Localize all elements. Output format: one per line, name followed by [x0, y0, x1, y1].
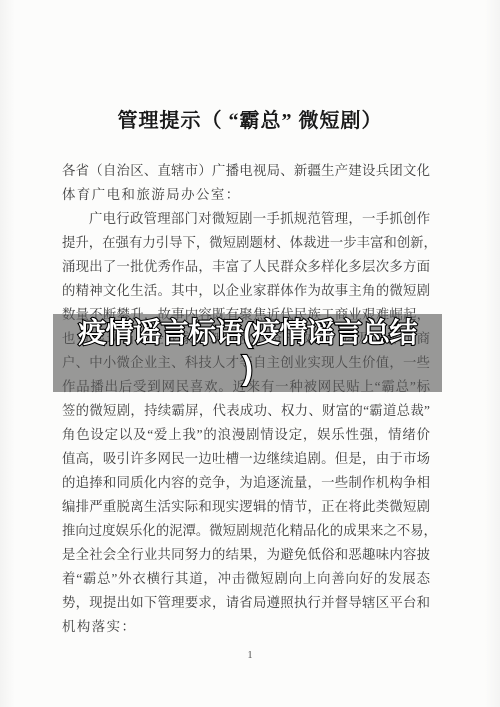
doc-line: 值高，吸引许多网民一边吐槽一边继续追剧。但是，由于市场	[62, 447, 430, 471]
document-page: 管理提示（ “霸总” 微短剧） 各省（自治区、直辖市）广播电视局、新疆生产建设兵…	[0, 0, 500, 707]
caption-text-line1: 疫情谣言标语(疫情谣言总结	[53, 314, 442, 351]
doc-line: 推向过度娱乐化的泥潭。微短剧规范化精品化的成果来之不易，	[62, 519, 430, 543]
doc-line: 涌现出了一批优秀作品，丰富了人民群众多样化多层次多方面	[62, 255, 430, 279]
doc-line: 角色设定以及“爱上我”的浪漫剧情设定，娱乐性强，情绪价	[62, 423, 430, 447]
doc-line: 体育广电和旅游局办公室：	[62, 183, 430, 207]
doc-line: 着“霸总”外衣横行其道，冲击微短剧向上向善向好的发展态	[62, 567, 430, 591]
doc-line: 的追捧和同质化内容的竞争，为追逐流量，一些制作机构争相	[62, 471, 430, 495]
doc-line: 提升，在强有力引导下，微短剧题材、体裁进一步丰富和创新，	[62, 231, 430, 255]
doc-line: 的精神文化生活。其中，以企业家群体作为故事主角的微短剧	[62, 279, 430, 303]
doc-line: 各省（自治区、直辖市）广播电视局、新疆生产建设兵团文化	[62, 159, 430, 183]
page-number: 1	[0, 650, 500, 661]
doc-line: 签的微短剧，持续霸屏，代表成功、权力、财富的“霸道总裁”	[62, 399, 430, 423]
doc-line: 广电行政管理部门对微短剧一手抓规范管理，一手抓创作	[62, 207, 430, 231]
doc-line: 机构落实：	[62, 615, 430, 639]
doc-line: 势，现提出如下管理要求，请省局遵照执行并督导辖区平台和	[62, 591, 430, 615]
doc-line: 编排严重脱离生活实际和现实逻辑的情节，正在将此类微短剧	[62, 495, 430, 519]
document-body: 各省（自治区、直辖市）广播电视局、新疆生产建设兵团文化体育广电和旅游局办公室：广…	[62, 159, 430, 639]
caption-text-line2: )	[53, 348, 442, 388]
doc-line: 是全社会全行业共同努力的结果，为避免低俗和恶趣味内容披	[62, 543, 430, 567]
caption-overlay-band: 疫情谣言标语(疫情谣言总结 )	[53, 314, 442, 392]
document-title: 管理提示（ “霸总” 微短剧）	[0, 104, 500, 133]
